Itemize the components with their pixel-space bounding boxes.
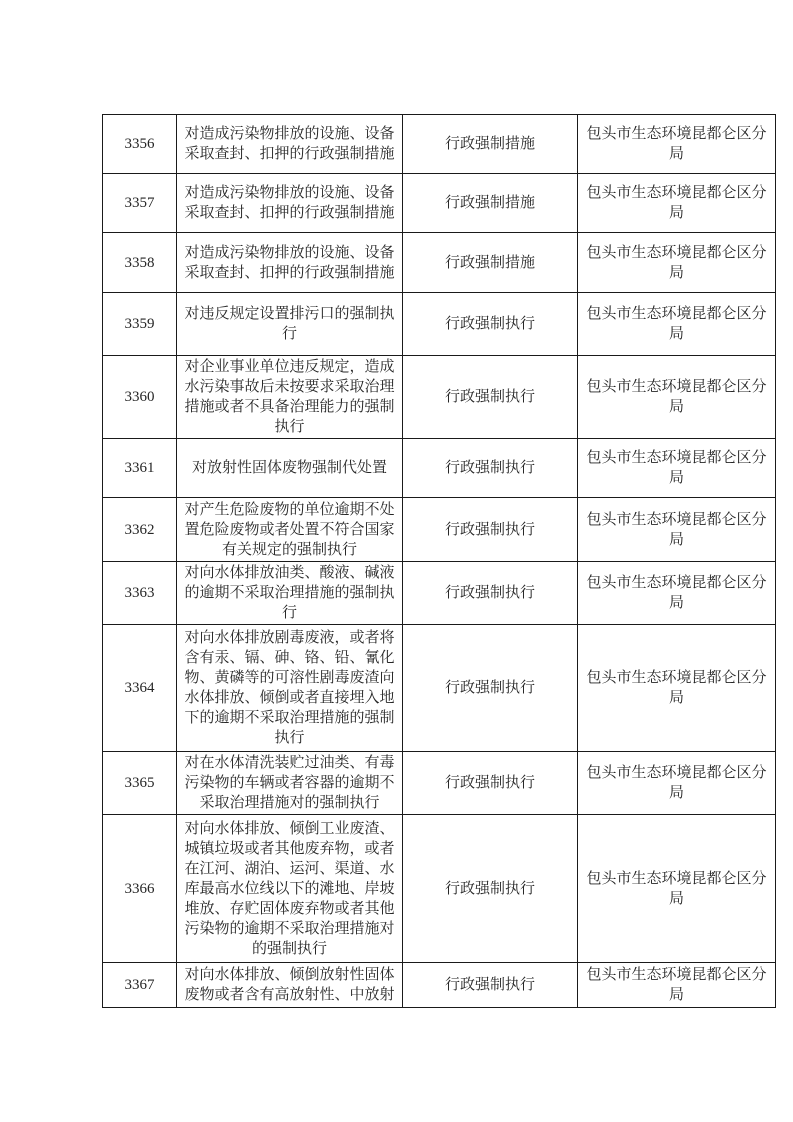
- table-row: 3361 对放射性固体废物强制代处置 行政强制执行 包头市生态环境昆都仑区分局: [103, 439, 776, 498]
- row-description-cell: 对向水体排放油类、酸液、碱液的逾期不采取治理措施的强制执行: [177, 562, 403, 625]
- row-department-cell: 包头市生态环境昆都仑区分局: [578, 174, 776, 233]
- row-description-cell: 对放射性固体废物强制代处置: [177, 439, 403, 498]
- row-id-cell: 3362: [103, 498, 177, 562]
- row-id-cell: 3365: [103, 752, 177, 815]
- row-id-cell: 3357: [103, 174, 177, 233]
- row-description-cell: 对造成污染物排放的设施、设备采取查封、扣押的行政强制措施: [177, 233, 403, 293]
- row-department-cell: 包头市生态环境昆都仑区分局: [578, 439, 776, 498]
- table-row: 3365 对在水体清洗装贮过油类、有毒污染物的车辆或者容器的逾期不采取治理措施对…: [103, 752, 776, 815]
- row-id-cell: 3359: [103, 293, 177, 356]
- row-id-cell: 3356: [103, 115, 177, 174]
- document-page: 3356 对造成污染物排放的设施、设备采取查封、扣押的行政强制措施 行政强制措施…: [0, 0, 793, 1122]
- row-department-cell: 包头市生态环境昆都仑区分局: [578, 625, 776, 752]
- row-department-cell: 包头市生态环境昆都仑区分局: [578, 233, 776, 293]
- row-department-cell: 包头市生态环境昆都仑区分局: [578, 752, 776, 815]
- table-row: 3364 对向水体排放剧毒废液，或者将含有汞、镉、砷、铬、铅、氰化物、黄磷等的可…: [103, 625, 776, 752]
- row-id-cell: 3363: [103, 562, 177, 625]
- row-description-cell: 对造成污染物排放的设施、设备采取查封、扣押的行政强制措施: [177, 115, 403, 174]
- row-department-cell: 包头市生态环境昆都仑区分局: [578, 815, 776, 963]
- row-id-cell: 3366: [103, 815, 177, 963]
- row-category-cell: 行政强制执行: [403, 498, 578, 562]
- row-category-cell: 行政强制执行: [403, 815, 578, 963]
- row-department-cell: 包头市生态环境昆都仑区分局: [578, 498, 776, 562]
- table-row: 3356 对造成污染物排放的设施、设备采取查封、扣押的行政强制措施 行政强制措施…: [103, 115, 776, 174]
- table-row: 3360 对企业事业单位违反规定，造成水污染事故后未按要求采取治理措施或者不具备…: [103, 356, 776, 439]
- row-description-cell: 对向水体排放、倾倒放射性固体废物或者含有高放射性、中放射: [177, 963, 403, 1008]
- row-category-cell: 行政强制执行: [403, 562, 578, 625]
- row-id-cell: 3367: [103, 963, 177, 1008]
- row-category-cell: 行政强制执行: [403, 356, 578, 439]
- row-description-cell: 对向水体排放、倾倒工业废渣、城镇垃圾或者其他废弃物，或者在江河、湖泊、运河、渠道…: [177, 815, 403, 963]
- row-description-cell: 对企业事业单位违反规定，造成水污染事故后未按要求采取治理措施或者不具备治理能力的…: [177, 356, 403, 439]
- row-department-cell: 包头市生态环境昆都仑区分局: [578, 293, 776, 356]
- row-category-cell: 行政强制措施: [403, 174, 578, 233]
- row-description-cell: 对违反规定设置排污口的强制执行: [177, 293, 403, 356]
- row-id-cell: 3364: [103, 625, 177, 752]
- row-department-cell: 包头市生态环境昆都仑区分局: [578, 356, 776, 439]
- table-row: 3366 对向水体排放、倾倒工业废渣、城镇垃圾或者其他废弃物，或者在江河、湖泊、…: [103, 815, 776, 963]
- row-category-cell: 行政强制执行: [403, 963, 578, 1008]
- row-category-cell: 行政强制执行: [403, 293, 578, 356]
- table-row: 3363 对向水体排放油类、酸液、碱液的逾期不采取治理措施的强制执行 行政强制执…: [103, 562, 776, 625]
- row-description-cell: 对产生危险废物的单位逾期不处置危险废物或者处置不符合国家有关规定的强制执行: [177, 498, 403, 562]
- table-row: 3362 对产生危险废物的单位逾期不处置危险废物或者处置不符合国家有关规定的强制…: [103, 498, 776, 562]
- row-category-cell: 行政强制执行: [403, 625, 578, 752]
- row-category-cell: 行政强制执行: [403, 752, 578, 815]
- row-id-cell: 3361: [103, 439, 177, 498]
- row-department-cell: 包头市生态环境昆都仑区分局: [578, 115, 776, 174]
- row-description-cell: 对在水体清洗装贮过油类、有毒污染物的车辆或者容器的逾期不采取治理措施对的强制执行: [177, 752, 403, 815]
- row-category-cell: 行政强制执行: [403, 439, 578, 498]
- table-row-clipped-by-page-break: 3367 对向水体排放、倾倒放射性固体废物或者含有高放射性、中放射 行政强制执行…: [103, 963, 776, 1008]
- row-category-cell: 行政强制措施: [403, 233, 578, 293]
- table-row: 3358 对造成污染物排放的设施、设备采取查封、扣押的行政强制措施 行政强制措施…: [103, 233, 776, 293]
- administrative-power-table: 3356 对造成污染物排放的设施、设备采取查封、扣押的行政强制措施 行政强制措施…: [102, 114, 776, 1008]
- row-department-cell: 包头市生态环境昆都仑区分局: [578, 963, 776, 1008]
- row-description-cell: 对造成污染物排放的设施、设备采取查封、扣押的行政强制措施: [177, 174, 403, 233]
- row-description-cell: 对向水体排放剧毒废液，或者将含有汞、镉、砷、铬、铅、氰化物、黄磷等的可溶性剧毒废…: [177, 625, 403, 752]
- row-id-cell: 3358: [103, 233, 177, 293]
- row-category-cell: 行政强制措施: [403, 115, 578, 174]
- table-row: 3357 对造成污染物排放的设施、设备采取查封、扣押的行政强制措施 行政强制措施…: [103, 174, 776, 233]
- row-department-cell: 包头市生态环境昆都仑区分局: [578, 562, 776, 625]
- row-id-cell: 3360: [103, 356, 177, 439]
- table-row: 3359 对违反规定设置排污口的强制执行 行政强制执行 包头市生态环境昆都仑区分…: [103, 293, 776, 356]
